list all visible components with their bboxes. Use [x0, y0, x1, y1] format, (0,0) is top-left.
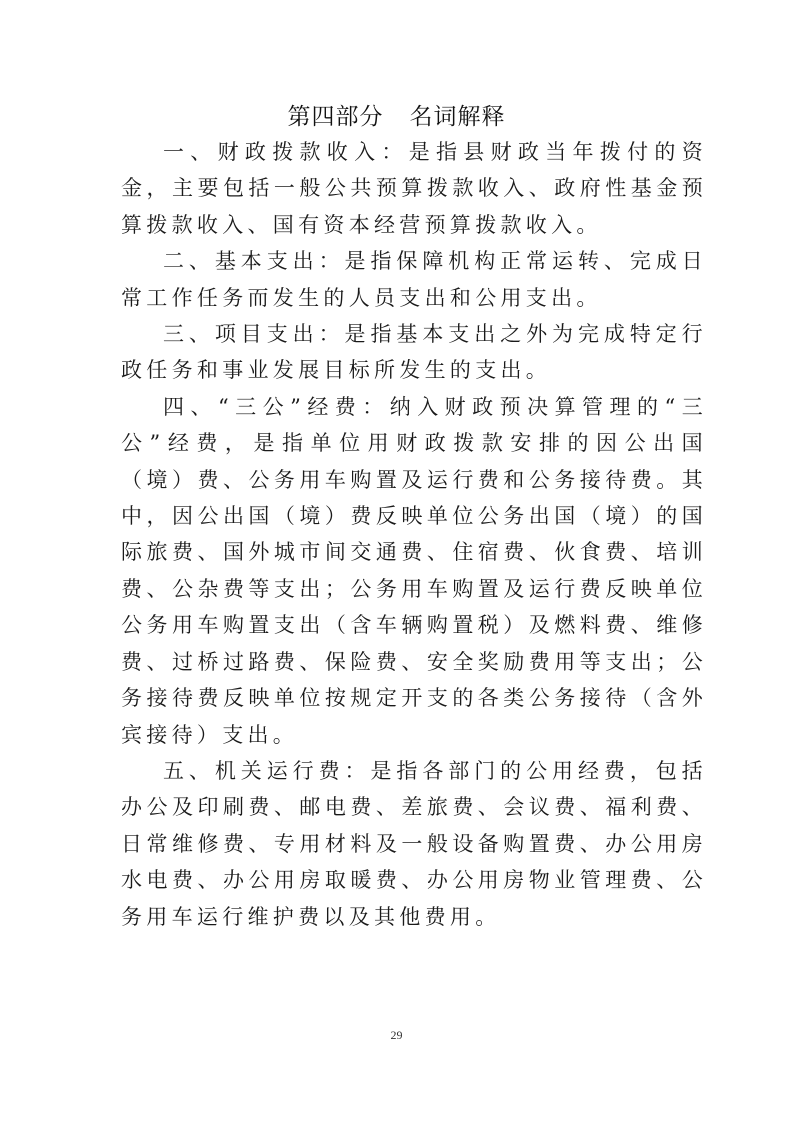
page-number: 29	[0, 1028, 793, 1043]
definition-paragraph-3: 三、项目支出：是指基本支出之外为完成特定行政任务和事业发展目标所发生的支出。	[121, 316, 707, 389]
section-title-name: 名词解释	[410, 104, 506, 130]
definition-paragraph-1: 一、财政拨款收入：是指县财政当年拨付的资金，主要包括一般公共预算拨款收入、政府性…	[121, 134, 707, 243]
definition-paragraph-5: 五、机关运行费：是指各部门的公用经费，包括办公及印刷费、邮电费、差旅费、会议费、…	[121, 753, 707, 935]
definition-paragraph-4: 四、“三公”经费：纳入财政预决算管理的“三公”经费，是指单位用财政拨款安排的因公…	[121, 389, 707, 753]
definition-paragraph-2: 二、基本支出：是指保障机构正常运转、完成日常工作任务而发生的人员支出和公用支出。	[121, 243, 707, 316]
definitions-body: 一、财政拨款收入：是指县财政当年拨付的资金，主要包括一般公共预算拨款收入、政府性…	[121, 134, 707, 935]
section-title-part: 第四部分	[288, 104, 384, 130]
section-title: 第四部分名词解释	[0, 98, 793, 131]
